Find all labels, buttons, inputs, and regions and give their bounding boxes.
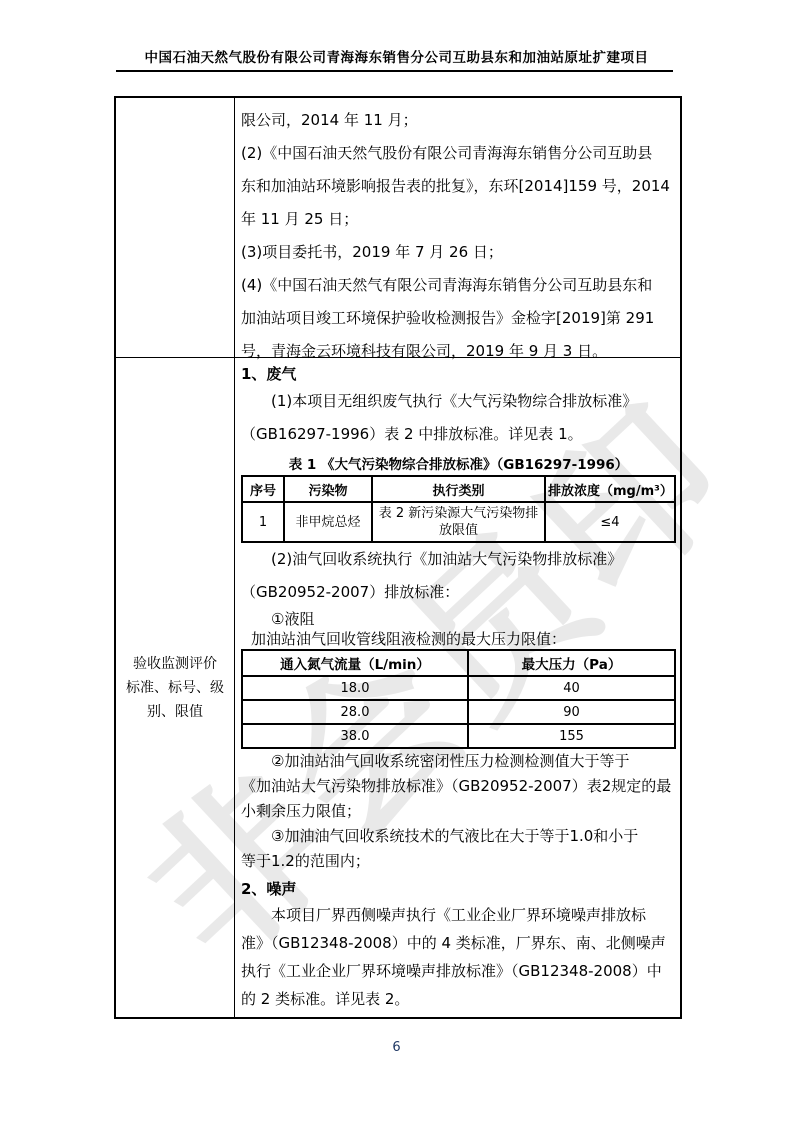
reference-line: 东和加油站环境影响报告表的批复》，东环[2014]159 号，2014 [241,170,676,203]
reference-line: (3)项目委托书，2019 年 7 月 26 日； [241,236,676,269]
table1-cell: 表 2 新污染源大气污染物排放限值 [372,502,545,542]
row2-label-cell: 验收监测评价 标准、标号、级 别、限值 [116,358,235,1017]
paragraph-line: 加油站油气回收管线阻液检测的最大压力限值： [241,629,676,649]
waste-gas-heading: 1、废气 [241,363,676,385]
table1: 序号 污染物 执行类别 排放浓度（mg/m³） 1 非甲烷总烃 表 2 新污染源… [241,475,676,543]
paragraph-line: 小剩余压力限值； [241,799,676,824]
table2-cell: 18.0 [242,676,468,700]
header-rule [116,70,673,72]
table1-cell: ≤4 [545,502,675,542]
paragraph-line: 的 2 类标准。详见表 2。 [241,985,676,1013]
page-number: 6 [0,1040,793,1055]
table2-header: 最大压力（Pa） [468,650,675,676]
table2-cell: 28.0 [242,700,468,724]
noise-heading: 2、噪声 [241,877,676,901]
paragraph-line: （GB20952-2007）排放标准： [241,576,676,609]
row1-label-cell [116,98,235,358]
table1-title: 表 1 《大气污染物综合排放标准》（GB16297-1996） [241,455,676,475]
table2-data-row: 38.0 155 [242,724,675,748]
paragraph-line: 本项目厂界西侧噪声执行《工业企业厂界环境噪声排放标 [241,901,676,929]
table2-header: 通入氮气流量（L/min） [242,650,468,676]
table2-header-row: 通入氮气流量（L/min） 最大压力（Pa） [242,650,675,676]
reference-line: 加油站项目竣工环境保护验收检测报告》金检字[2019]第 291 [241,302,676,335]
paragraph-line: 准》（GB12348-2008）中的 4 类标准，厂界东、南、北侧噪声 [241,929,676,957]
table1-data-row: 1 非甲烷总烃 表 2 新污染源大气污染物排放限值 ≤4 [242,502,675,542]
paragraph-line: （GB16297-1996）表 2 中排放标准。详见表 1。 [241,418,676,451]
paragraph-line: ③加油油气回收系统技术的气液比在大于等于1.0和小于 [241,824,676,849]
table1-header: 执行类别 [372,476,545,502]
reference-line: 限公司，2014 年 11 月； [241,104,676,137]
reference-line: (2)《中国石油天然气股份有限公司青海海东销售分公司互助县 [241,137,676,170]
paragraph-line: 《加油站大气污染物排放标准》（GB20952-2007）表2规定的最 [241,774,676,799]
table2-cell: 155 [468,724,675,748]
table1-header: 序号 [242,476,284,502]
paragraph-line: 执行《工业企业厂界环境噪声排放标准》（GB12348-2008）中 [241,957,676,985]
table2-data-row: 18.0 40 [242,676,675,700]
document-page: 中国石油天然气股份有限公司青海海东销售分公司互助县东和加油站原址扩建项目 非会员… [0,0,793,1122]
table1-cell: 1 [242,502,284,542]
header-title: 中国石油天然气股份有限公司青海海东销售分公司互助县东和加油站原址扩建项目 [60,46,733,66]
table2: 通入氮气流量（L/min） 最大压力（Pa） 18.0 40 28.0 90 3… [241,649,676,749]
table2-cell: 38.0 [242,724,468,748]
paragraph-line: 等于1.2的范围内； [241,849,676,874]
row-label: 验收监测评价 标准、标号、级 别、限值 [126,652,224,724]
paragraph-line: ②加油站油气回收系统密闭性压力检测检测值大于等于 [241,749,676,774]
reference-line: 年 11 月 25 日； [241,203,676,236]
reference-line: (4)《中国石油天然气有限公司青海海东销售分公司互助县东和 [241,269,676,302]
table1-cell: 非甲烷总烃 [284,502,372,542]
paragraph-line: (1)本项目无组织废气执行《大气污染物综合排放标准》 [241,385,676,418]
paragraph-line: ①液阻 [241,609,676,629]
table2-data-row: 28.0 90 [242,700,675,724]
row1-content-cell: 限公司，2014 年 11 月； (2)《中国石油天然气股份有限公司青海海东销售… [235,98,682,358]
table2-cell: 40 [468,676,675,700]
table1-header: 污染物 [284,476,372,502]
table1-header: 排放浓度（mg/m³） [545,476,675,502]
row2-content-cell: 1、废气 (1)本项目无组织废气执行《大气污染物综合排放标准》 （GB16297… [235,358,682,1017]
info-table: 限公司，2014 年 11 月； (2)《中国石油天然气股份有限公司青海海东销售… [114,96,682,1019]
paragraph-line: (2)油气回收系统执行《加油站大气污染物排放标准》 [241,543,676,576]
table1-header-row: 序号 污染物 执行类别 排放浓度（mg/m³） [242,476,675,502]
table2-cell: 90 [468,700,675,724]
